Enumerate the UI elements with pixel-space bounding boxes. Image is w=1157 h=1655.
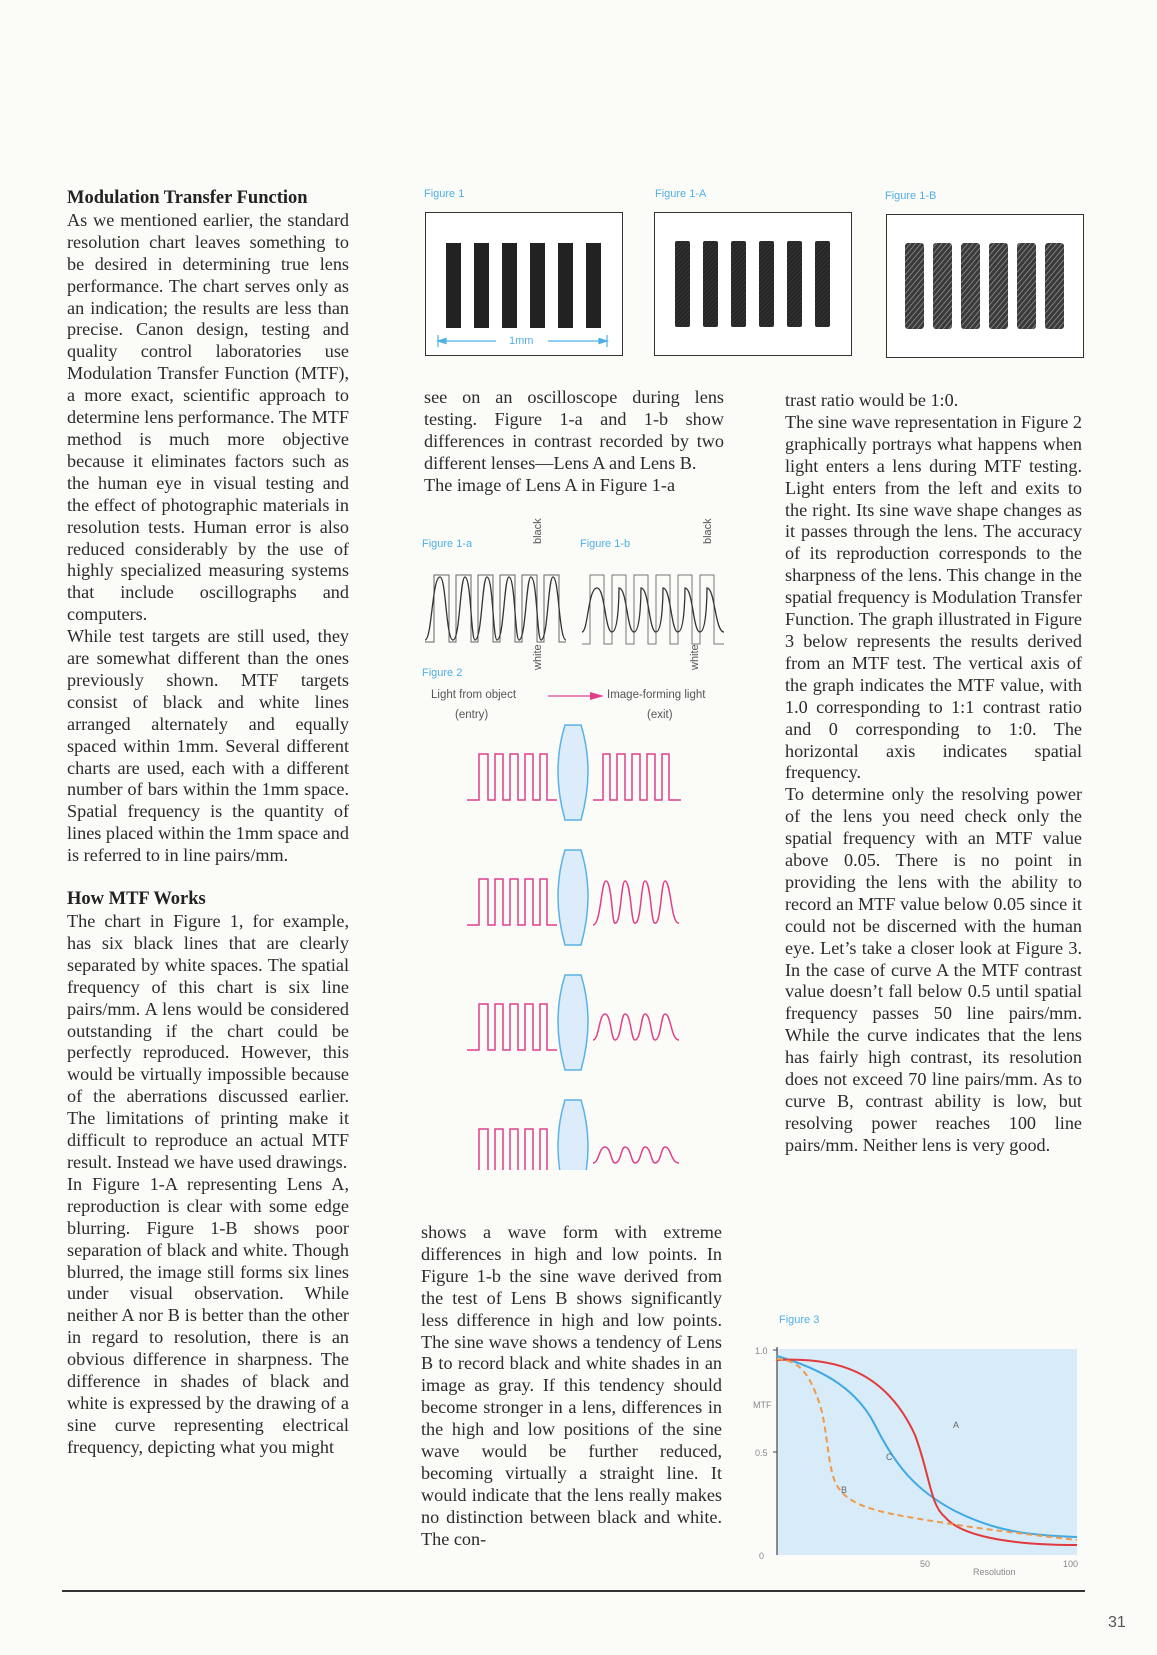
column-2-top: see on an oscilloscope during lens testi… <box>424 387 724 497</box>
figure-3-mtf-chart: 1.0 0.5 0 MTF 50 100 Resolution A C B <box>745 1335 1085 1575</box>
entry-label: Light from object <box>431 689 516 701</box>
fig1a-black-label: black <box>532 518 544 544</box>
column-2-bottom: shows a wave form with extreme differenc… <box>421 1222 722 1551</box>
figure-2-label: Figure 2 <box>422 667 462 679</box>
scale-1mm-label: 1mm <box>509 335 533 347</box>
section-heading-how-mtf-works: How MTF Works <box>67 889 349 911</box>
svg-text:MTF: MTF <box>753 1400 772 1410</box>
figure-1A-bars <box>655 213 851 355</box>
lens-row-3 <box>467 975 679 1070</box>
figure-1B-label: Figure 1-B <box>885 190 936 202</box>
paragraph: In Figure 1-A representing Lens A, repro… <box>67 1174 349 1459</box>
svg-text:0.5: 0.5 <box>755 1448 768 1458</box>
paragraph: see on an oscilloscope during lens testi… <box>424 387 724 475</box>
figure-2-lens-diagram <box>455 720 695 1170</box>
lens-row-1 <box>467 725 681 820</box>
lens-row-2 <box>467 850 679 945</box>
svg-text:B: B <box>841 1485 847 1495</box>
svg-text:0: 0 <box>759 1551 764 1561</box>
figure-1a-waveform <box>420 560 570 650</box>
svg-text:100: 100 <box>1063 1559 1078 1569</box>
figure-1B-bars <box>887 215 1083 357</box>
paragraph: The sine wave representation in Figure 2… <box>785 412 1082 784</box>
arrow-icon <box>548 690 604 702</box>
svg-text:A: A <box>953 1420 959 1430</box>
svg-text:C: C <box>886 1452 893 1462</box>
exit-label: Image-forming light <box>607 689 705 701</box>
paragraph: As we mentioned earlier, the standard re… <box>67 210 349 626</box>
figure-1b-label: Figure 1-b <box>580 538 630 550</box>
paragraph: While test targets are still used, they … <box>67 626 349 867</box>
figure-1b-waveform <box>582 560 732 650</box>
figure-1-frame: 1mm <box>425 212 623 356</box>
figure-1-label: Figure 1 <box>424 188 464 200</box>
footer-rule <box>62 1590 1085 1592</box>
column-3: trast ratio would be 1:0. The sine wave … <box>785 390 1082 1157</box>
page-number: 31 <box>1108 1614 1126 1632</box>
paragraph: The chart in Figure 1, for example, has … <box>67 911 349 1174</box>
figure-1a-label: Figure 1-a <box>422 538 472 550</box>
lens-row-4 <box>467 1100 679 1170</box>
figure-1A-label: Figure 1-A <box>655 188 706 200</box>
figure-1B-frame <box>886 214 1084 358</box>
figure-1A-frame <box>654 212 852 356</box>
paragraph: shows a wave form with extreme differenc… <box>421 1222 722 1551</box>
svg-text:Resolution: Resolution <box>973 1567 1016 1575</box>
paragraph: The image of Lens A in Figure 1-a <box>424 475 724 497</box>
figure-1-bars <box>426 213 622 355</box>
section-heading-mtf: Modulation Transfer Function <box>67 188 349 210</box>
svg-text:50: 50 <box>920 1559 930 1569</box>
fig1b-black-label: black <box>702 518 714 544</box>
column-1: Modulation Transfer Function As we menti… <box>67 188 349 1459</box>
figure-3-label: Figure 3 <box>779 1314 819 1326</box>
paragraph: To determine only the resolving power of… <box>785 784 1082 1156</box>
svg-text:1.0: 1.0 <box>755 1346 768 1356</box>
paragraph: trast ratio would be 1:0. <box>785 390 1082 412</box>
plot-area <box>777 1349 1077 1555</box>
